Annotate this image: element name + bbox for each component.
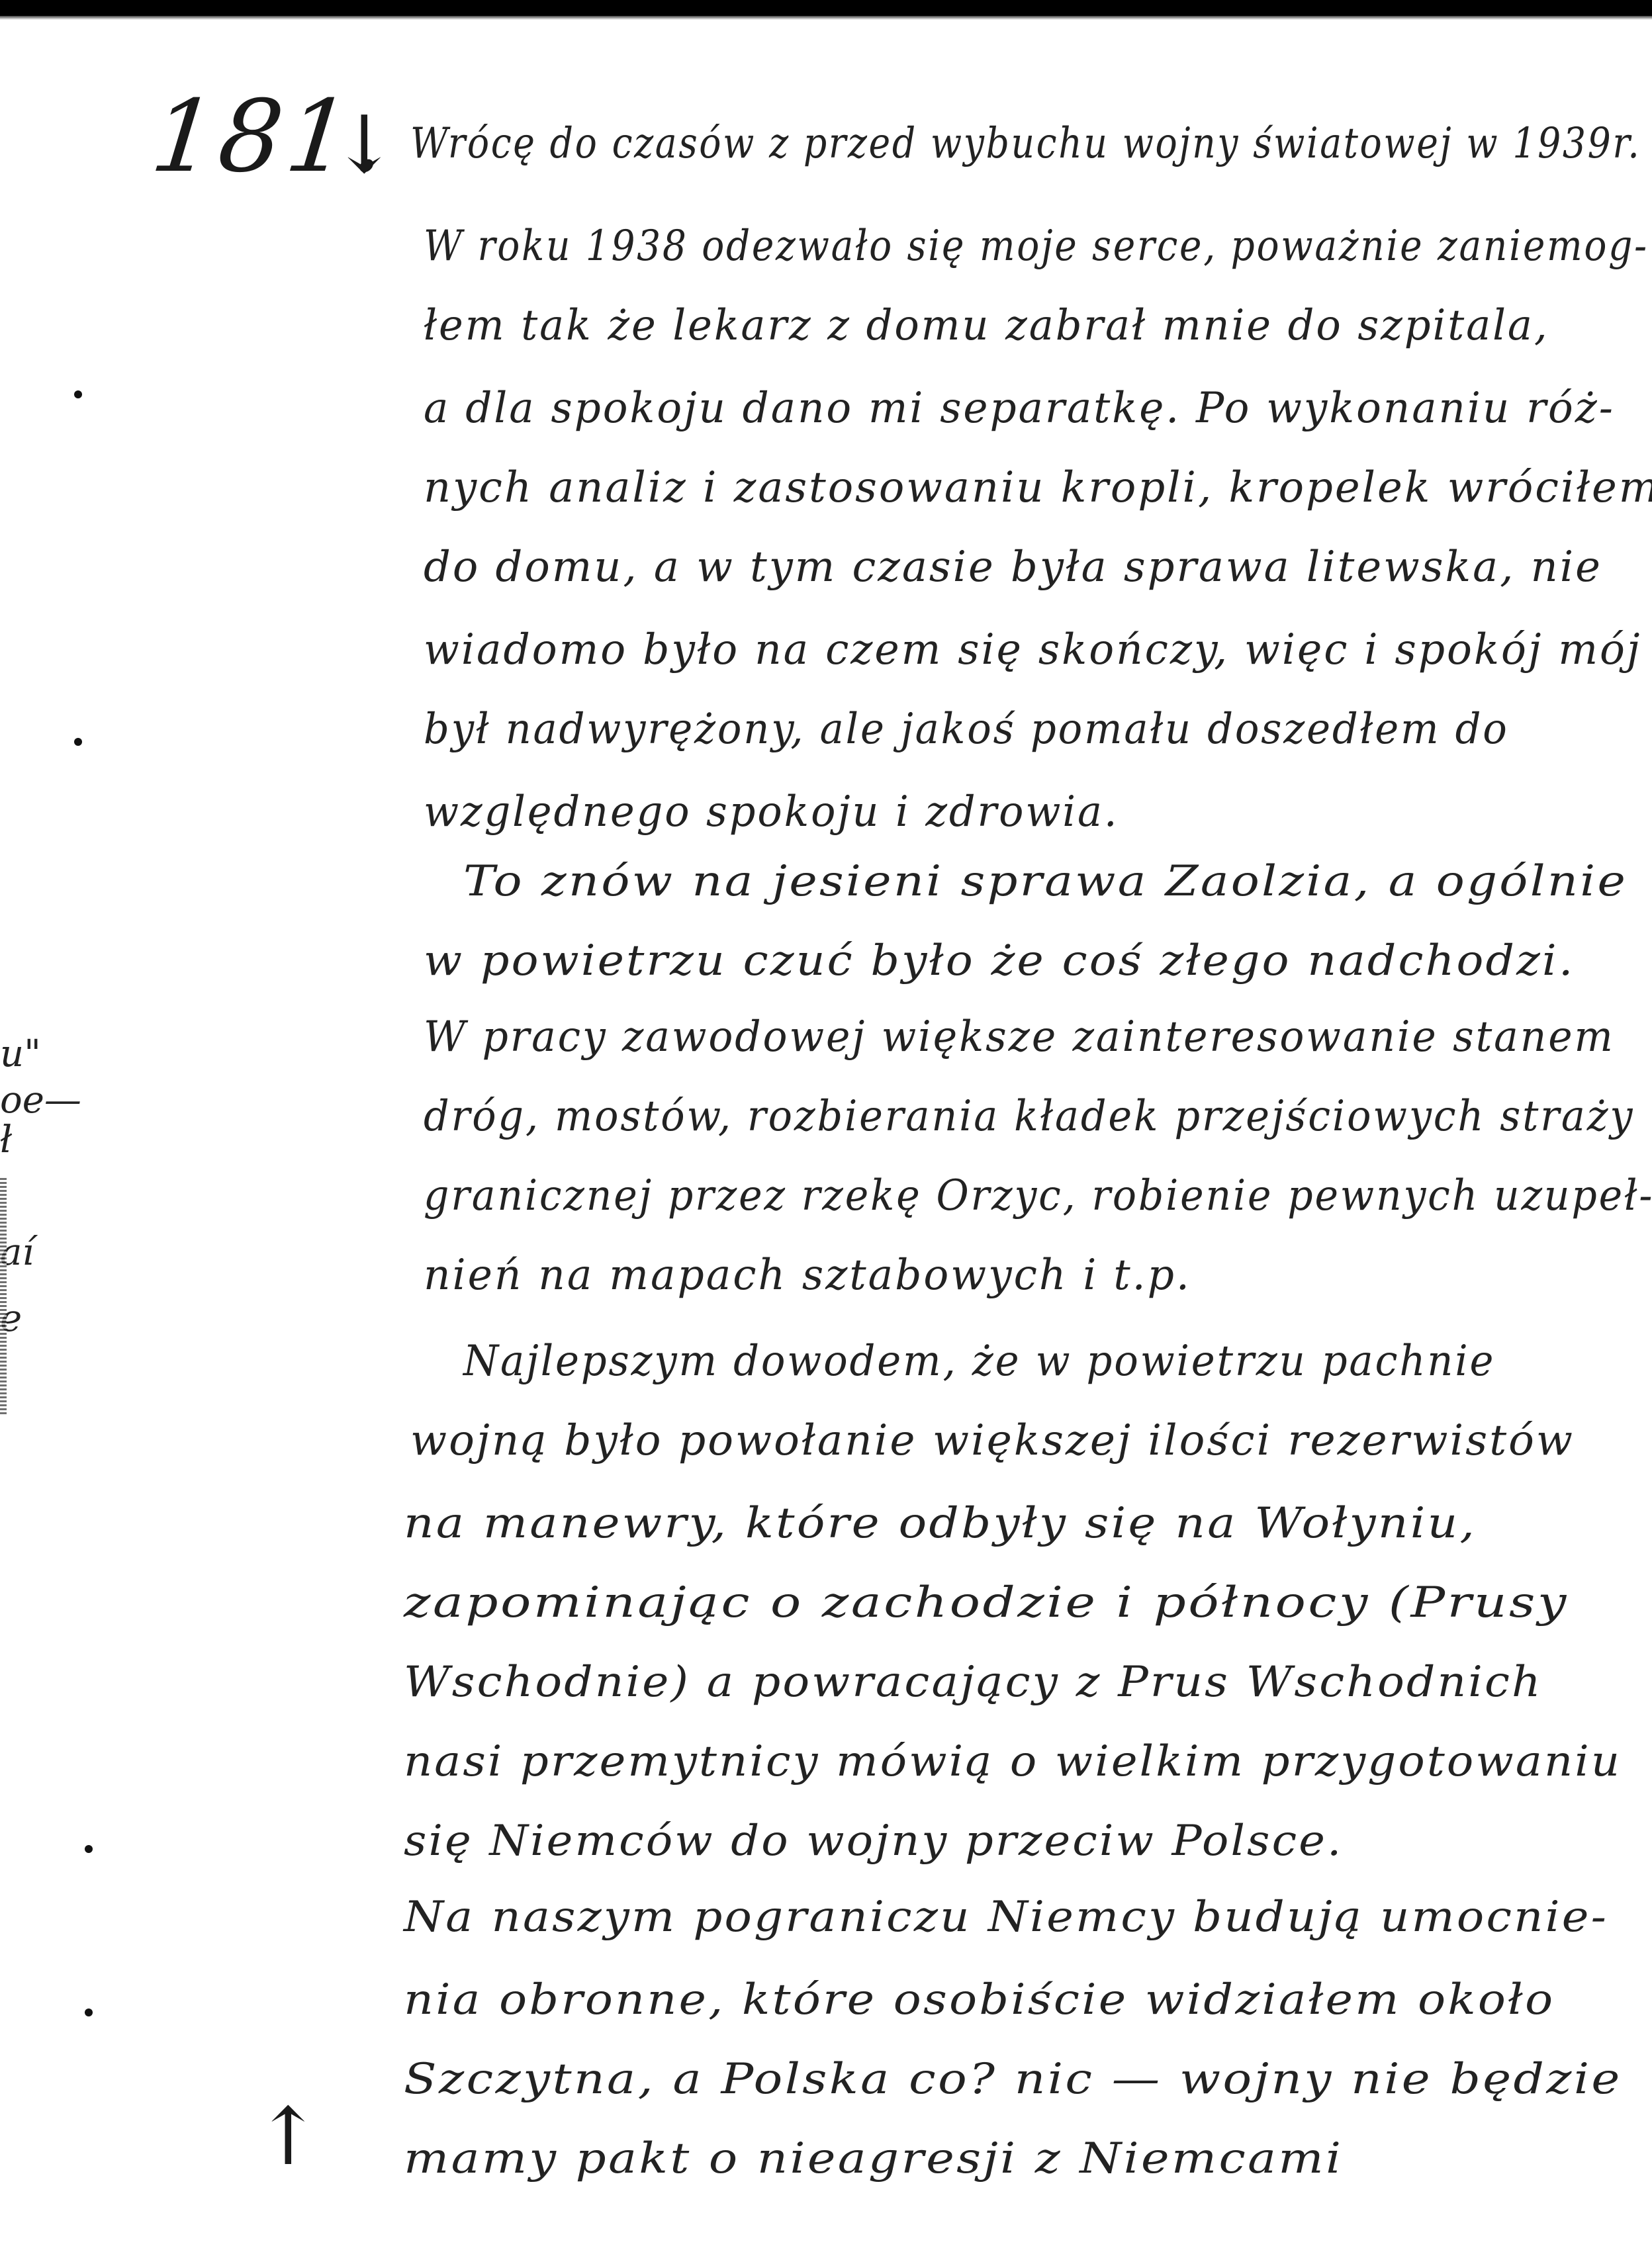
scan-top-border (0, 0, 1652, 16)
text-line: granicznej przez rzekę Orzyc, robienie p… (424, 1171, 1652, 1220)
text-line: Najlepszym dowodem, że w powietrzu pachn… (463, 1337, 1495, 1386)
text-line: był nadwyrężony, ale jakoś pomału doszed… (424, 705, 1509, 754)
margin-dot (85, 2009, 93, 2016)
text-line: Wschodnie) a powracający z Prus Wschodni… (404, 1658, 1543, 1707)
text-line: W pracy zawodowej większe zainteresowani… (424, 1013, 1615, 1061)
margin-fragment: u" (0, 1032, 41, 1075)
text-line: w powietrzu czuć było że coś złego nadch… (424, 936, 1575, 985)
text-line: W roku 1938 odezwało się moje serce, pow… (424, 222, 1649, 271)
text-line: Wrócę do czasów z przed wybuchu wojny św… (410, 119, 1641, 168)
text-line: Na naszym pograniczu Niemcy budują umocn… (404, 1893, 1608, 1942)
text-line: a dla spokoju dano mi separatkę. Po wyko… (424, 384, 1615, 433)
text-line: wojną było powołanie większej ilości rez… (410, 1416, 1575, 1465)
text-line: względnego spokoju i zdrowia. (424, 788, 1119, 836)
text-line: To znów na jesieni sprawa Zaolzia, a ogó… (463, 857, 1628, 906)
down-arrow-icon: ↓ (331, 99, 398, 191)
text-line: zapominając o zachodzie i północy (Prusy (404, 1578, 1569, 1627)
text-line: się Niemców do wojny przeciw Polsce. (404, 1817, 1343, 1866)
up-arrow-icon: ↑ (255, 2091, 322, 2183)
text-line: łem tak że lekarz z domu zabrał mnie do … (424, 301, 1549, 350)
margin-fragment: oe— (0, 1079, 81, 1122)
text-line: do domu, a w tym czasie była sprawa lite… (424, 543, 1602, 592)
margin-dot (74, 738, 82, 746)
margin-dot (85, 1845, 93, 1853)
text-line: nych analiz i zastosowaniu kropli, krope… (424, 463, 1652, 512)
margin-fragment: ł (0, 1118, 12, 1161)
text-line: mamy pakt o nieagresji z Niemcami (404, 2134, 1343, 2183)
text-line: Szczytna, a Polska co? nic — wojny nie b… (404, 2055, 1622, 2104)
margin-dot (74, 390, 82, 398)
scan-edge-noise (0, 1178, 7, 1416)
text-line: wiadomo było na czem się skończy, więc i… (424, 625, 1641, 674)
text-line: na manewry, które odbyły się na Wołyniu, (404, 1499, 1477, 1548)
text-line: nasi przemytnicy mówią o wielkim przygot… (404, 1737, 1622, 1786)
text-line: nia obronne, które osobiście widziałem o… (404, 1975, 1555, 2024)
text-line: dróg, mostów, rozbierania kładek przejśc… (424, 1092, 1634, 1141)
text-line: nień na mapach sztabowych i t.p. (424, 1251, 1191, 1300)
scan-top-shadow (0, 16, 1652, 20)
